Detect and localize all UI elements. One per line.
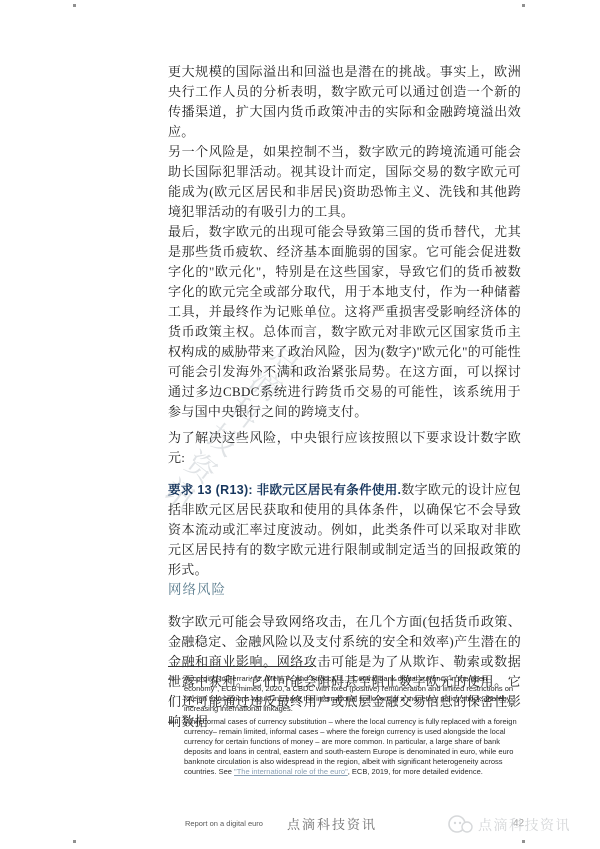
footnotes-section: 43 According to Ferrari, M., Mehl, A. an… [168,666,520,780]
page-footer: Report on a digital euro 点滴科技资讯 42 点滴科技资… [0,810,600,840]
paragraph-spillovers: 更大规模的国际溢出和回溢也是潜在的挑战。事实上，欧洲央行工作人员的分析表明，数字… [168,62,521,142]
footnote-43-text: According to Ferrari, M., Mehl, A. and S… [184,674,520,714]
document-page: 点滴科技资讯 更大规模的国际溢出和回溢也是潜在的挑战。事实上，欧洲央行工作人员的… [0,0,600,849]
paragraph-currency-substitution: 最后，数字欧元的出现可能会导致第三国的货币替代，尤其是那些货币疲软、经济基本面脆… [168,222,521,422]
footer-watermark-text: 点滴科技资讯 [478,815,571,835]
page-corner-mark [522,4,525,7]
requirement-13-label: 要求 13 (R13): 非欧元区居民有条件使用. [168,483,401,497]
page-corner-mark [522,840,525,843]
page-corner-mark [73,4,76,7]
body-text-column: 更大规模的国际溢出和回溢也是潜在的挑战。事实上，欧洲央行工作人员的分析表明，数字… [168,62,521,732]
footnote-43-number: 43 [168,674,184,714]
footnote-44-link[interactable]: "The international role of the euro" [234,767,348,776]
page-corner-mark [73,840,76,843]
footer-watermark-group: 42 点滴科技资讯 [445,812,595,838]
channel-logo-icon [447,814,477,834]
footnote-44-number: 44 [168,717,184,777]
paragraph-crime-risk: 另一个风险是，如果控制不当，数字欧元的跨境流通可能会助长国际犯罪活动。视其设计而… [168,142,521,222]
footnote-43: 43 According to Ferrari, M., Mehl, A. an… [168,674,520,714]
footnote-44: 44 While formal cases of currency substi… [168,717,520,777]
requirement-13-paragraph: 要求 13 (R13): 非欧元区居民有条件使用.数字欧元的设计应包括非欧元区居… [168,480,521,580]
paragraph-design-intro: 为了解决这些风险，中央银行应该按照以下要求设计数字欧元: [168,428,521,468]
footer-channel-name: 点滴科技资讯 [287,814,377,833]
section-heading-cyber-risk: 网络风险 [168,580,521,600]
footnote-separator [168,666,313,667]
footnote-44-text: While formal cases of currency substitut… [184,717,520,777]
footer-report-title: Report on a digital euro [185,819,263,828]
footnote-44-text-after: , ECB, 2019, for more detailed evidence. [348,767,483,776]
